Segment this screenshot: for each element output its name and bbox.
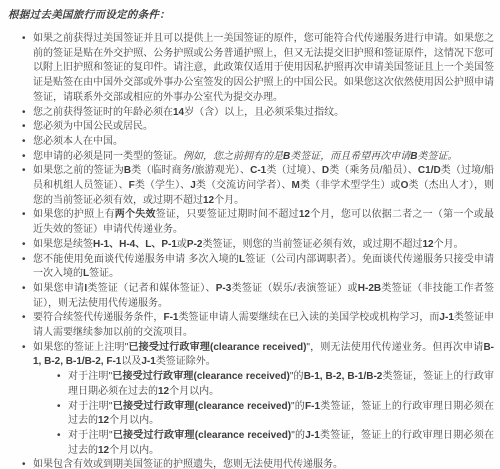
text-segment: J-1 xyxy=(305,430,319,441)
condition-item: 如果您的签证上注明"已接受过行政审理(clearance received)"，… xyxy=(8,341,494,459)
condition-item: 您不能使用免面谈代传递服务申请 多次入境的L签证（公司内部调职者）。免面谈代传递… xyxy=(8,253,494,282)
text-segment: 您不能使用免面谈代传递服务申请 多次入境的 xyxy=(33,254,239,265)
condition-item: 如果您之前的签证为B类（临时商务/旅游观光）、C-1类（过境）、D类（乘务员/船… xyxy=(8,164,494,208)
sub-condition-item: 对于注明"已接受过行政审理(clearance received)"的B-1, … xyxy=(33,370,494,399)
text-segment: 您必须本人在中国。 xyxy=(33,136,123,147)
text-segment: 个月。 xyxy=(434,239,464,250)
text-segment: 个月以内。 xyxy=(109,415,159,426)
text-segment: J-1 xyxy=(439,312,453,323)
text-segment: C-1 xyxy=(250,165,266,176)
text-segment: F-1 xyxy=(163,312,178,323)
condition-item: 您申请的必须是同一类型的签证。例如，您之前拥有的是B类签证，而且希望再次申请B类… xyxy=(8,150,494,165)
text-segment: B xyxy=(124,165,131,176)
conditions-list: 如果之前获得过美国签证并且可以提供上一美国签证的原件，您可能符合代传递服务进行申… xyxy=(8,32,494,469)
text-segment: 类（非学术型学生）或 xyxy=(300,180,401,191)
text-segment: 个月以内。 xyxy=(169,386,219,397)
condition-item: 如果您的护照上有两个失效签证，只要签证过期时间不超过12个月，您可以依据二者之一… xyxy=(8,208,494,237)
text-segment: 对于注明" xyxy=(68,401,112,412)
document-page: 根据过去美国旅行而设定的条件： 如果之前获得过美国签证并且可以提供上一美国签证的… xyxy=(0,0,500,469)
text-segment: C1/D xyxy=(418,165,441,176)
text-segment: J-1 xyxy=(141,356,155,367)
text-segment: F-1 xyxy=(305,401,320,412)
text-segment: 签证。 xyxy=(89,268,119,279)
text-segment: 两个失效 xyxy=(115,209,156,220)
text-segment: 已接受过行政审理(clearance received) xyxy=(112,371,290,382)
text-segment: 如果之前获得过美国签证并且可以提供上一美国签证的原件，您可能符合代传递服务进行申… xyxy=(33,33,494,103)
text-segment: P-2 xyxy=(187,239,203,250)
text-segment: H-2B xyxy=(358,283,381,294)
text-segment: 如果您是续签 xyxy=(33,239,93,250)
condition-item: 如果包含有效或到期美国签证的护照遗失，您则无法使用代传递服务。 xyxy=(8,458,494,469)
sub-conditions-list: 对于注明"已接受过行政审理(clearance received)"的B-1, … xyxy=(33,370,494,458)
text-segment: 您之前获得签证时的年龄必须在 xyxy=(33,107,173,118)
condition-item: 如果之前获得过美国签证并且可以提供上一美国签证的原件，您可能符合代传递服务进行申… xyxy=(8,32,494,106)
text-segment: 对于注明" xyxy=(68,371,112,382)
condition-item: 如果您是续签H-1、H-4、L、P-1或P-2类签证，则您的当前签证必须有效，或… xyxy=(8,238,494,253)
text-segment: 12 xyxy=(98,445,109,456)
text-segment: 类签证。 xyxy=(417,151,457,162)
text-segment: "的 xyxy=(291,430,305,441)
condition-item: 如果您申请I类签证（记者和媒体签证）、P-3类签证（娱乐/表演签证）或H-2B类… xyxy=(8,282,494,311)
text-segment: 类签证（娱乐/表演签证）或 xyxy=(231,283,357,294)
text-segment: 已接受过行政审理(clearance received) xyxy=(112,401,291,412)
text-segment: 类（临时商务/旅游观光）、 xyxy=(131,165,250,176)
text-segment: 如果您申请 xyxy=(33,283,84,294)
text-segment: 类（学生）、 xyxy=(135,180,190,191)
text-segment: B-1, B-2, B-1/B-2 xyxy=(304,371,383,382)
text-segment: 如果您的签证上注明" xyxy=(33,342,128,353)
text-segment: 类（乘务员/船员）、 xyxy=(329,165,418,176)
text-segment: 类（交流访问学者）、 xyxy=(196,180,292,191)
sub-condition-item: 对于注明"已接受过行政审理(clearance received)"的F-1类签… xyxy=(33,400,494,429)
text-segment: 12 xyxy=(203,195,214,206)
text-segment: "的 xyxy=(291,401,305,412)
text-segment: 已接受过行政审理(clearance received) xyxy=(128,342,306,353)
text-segment: "的 xyxy=(290,371,304,382)
text-segment: 14 xyxy=(173,107,184,118)
text-segment: 例如，您之前拥有的是 xyxy=(183,151,283,162)
text-segment: 如果您之前的签证为 xyxy=(33,165,124,176)
text-segment: 以及 xyxy=(121,356,141,367)
text-segment: 类签证（记者和媒体签证）、 xyxy=(87,283,216,294)
text-segment: 12 xyxy=(98,415,109,426)
text-segment: 岁（含）以上，且必须采集过指纹。 xyxy=(184,107,344,118)
text-segment: 12 xyxy=(299,209,310,220)
text-segment: M xyxy=(292,180,300,191)
text-segment: 12 xyxy=(158,386,169,397)
condition-item: 您必须为中国公民或居民。 xyxy=(8,120,494,135)
text-segment: 已接受过行政审理(clearance received) xyxy=(113,430,292,441)
text-segment: 或 xyxy=(177,239,187,250)
text-segment: 个月以内。 xyxy=(109,445,159,456)
condition-item: 您之前获得签证时的年龄必须在14岁（含）以上，且必须采集过指纹。 xyxy=(8,106,494,121)
text-segment: 您申请的必须是同一类型的签证。 xyxy=(33,151,183,162)
text-segment: 您必须为中国公民或居民。 xyxy=(33,121,153,132)
text-segment: 要符合续签代传递服务条件， xyxy=(33,312,163,323)
text-segment: 12 xyxy=(422,239,433,250)
text-segment: 签证，只要签证过期时间不超过 xyxy=(156,209,299,220)
text-segment: 类签证，而且希望再次申请 xyxy=(290,151,410,162)
text-segment: H-1、H-4、L、P-1 xyxy=(93,239,177,250)
text-segment: 类签证除外。 xyxy=(156,356,216,367)
document-title: 根据过去美国旅行而设定的条件： xyxy=(8,7,494,22)
text-segment: 个月。 xyxy=(214,195,244,206)
text-segment: P-3 xyxy=(216,283,232,294)
text-segment: 类签证，则您的当前签证必须有效，或过期不超过 xyxy=(202,239,422,250)
text-segment: 如果您的护照上有 xyxy=(33,209,115,220)
text-segment: 类签证申请人需要继续在已入读的美国学校或机构学习，而 xyxy=(178,312,439,323)
sub-condition-item: 对于注明"已接受过行政审理(clearance received)"的J-1类签… xyxy=(33,429,494,458)
condition-item: 要符合续签代传递服务条件，F-1类签证申请人需要继续在已入读的美国学校或机构学习… xyxy=(8,311,494,340)
text-segment: 如果包含有效或到期美国签证的护照遗失，您则无法使用代传递服务。 xyxy=(33,459,343,469)
text-segment: 类（过境）、 xyxy=(266,165,322,176)
text-segment: 对于注明" xyxy=(68,430,113,441)
text-segment: "，则无法使用代传递业务。但再次申请 xyxy=(306,342,483,353)
condition-item: 您必须本人在中国。 xyxy=(8,135,494,150)
